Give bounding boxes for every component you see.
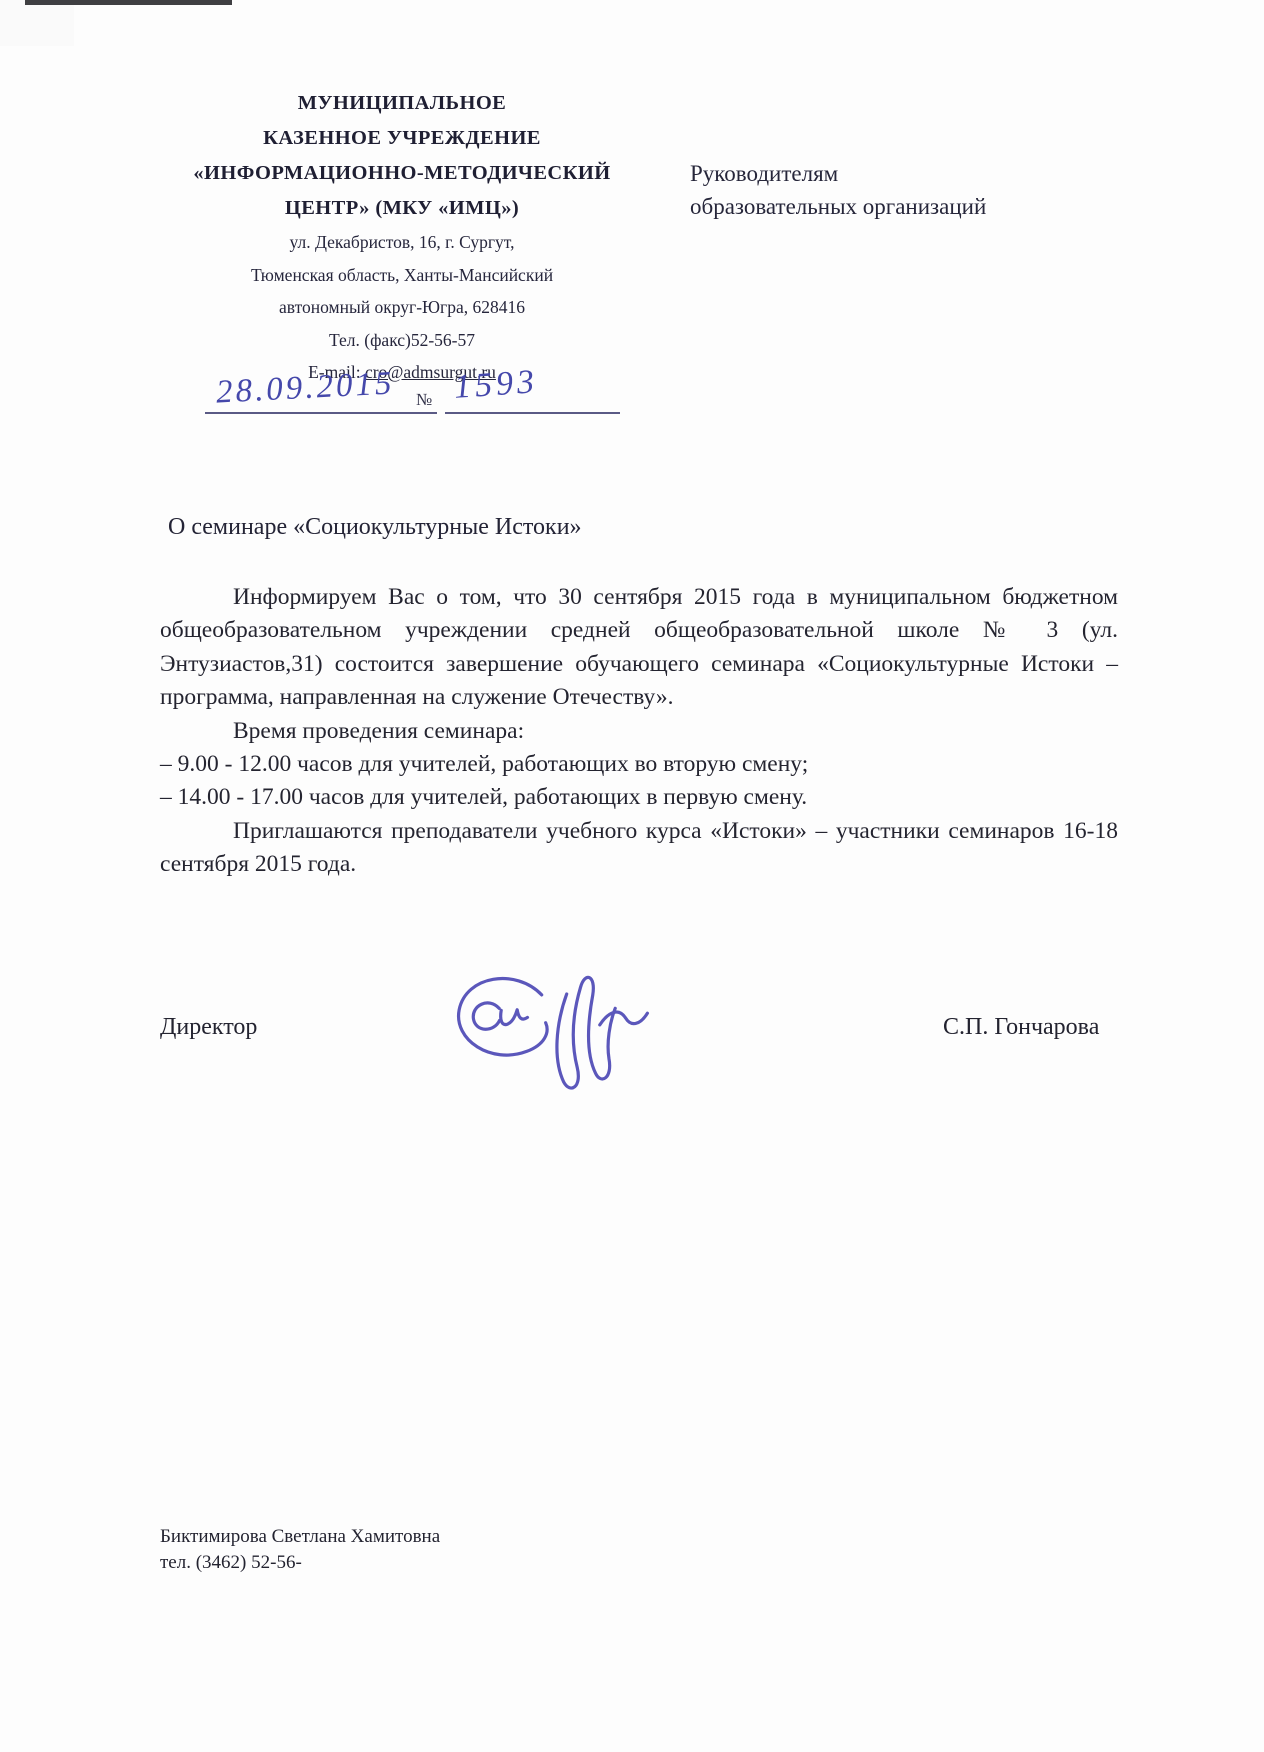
- executor-phone: тел. (3462) 52-56-: [160, 1550, 440, 1576]
- body-paragraph: Время проведения семинара:: [160, 715, 1118, 748]
- signer-name: С.П. Гончарова: [943, 1014, 1099, 1041]
- schedule-item: – 9.00 - 12.00 часов для учителей, работ…: [160, 748, 1118, 781]
- scan-corner-artifact: [0, 0, 74, 46]
- executor-name: Биктимирова Светлана Хамитовна: [160, 1524, 440, 1550]
- number-underline: [445, 412, 620, 414]
- executor-contact: Биктимирова Светлана Хамитовна тел. (346…: [160, 1524, 440, 1576]
- recipient-line: образовательных организаций: [690, 190, 1090, 223]
- scanned-letter-page: МУНИЦИПАЛЬНОЕ КАЗЕННОЕ УЧРЕЖДЕНИЕ «ИНФОР…: [0, 0, 1264, 1752]
- letterhead-org-block: МУНИЦИПАЛЬНОЕ КАЗЕННОЕ УЧРЕЖДЕНИЕ «ИНФОР…: [168, 86, 636, 389]
- letter-body: Информируем Вас о том, что 30 сентября 2…: [160, 581, 1118, 882]
- org-name-line: КАЗЕННОЕ УЧРЕЖДЕНИЕ: [168, 121, 636, 156]
- scan-strip-artifact: [25, 0, 232, 5]
- signer-title: Директор: [160, 1014, 257, 1041]
- registration-line: 28.09.2015 № 1593: [200, 368, 640, 420]
- handwritten-number: 1593: [453, 363, 539, 407]
- recipient-line: Руководителям: [690, 157, 1090, 190]
- subject-line: О семинаре «Социокультурные Истоки»: [168, 514, 582, 541]
- body-paragraph: Приглашаются преподаватели учебного курс…: [160, 815, 1118, 882]
- org-name-line: МУНИЦИПАЛЬНОЕ: [168, 86, 636, 121]
- org-phone-line: Тел. (факс)52-56-57: [168, 324, 636, 357]
- org-name-line: ЦЕНТР» (МКУ «ИМЦ»): [168, 191, 636, 226]
- number-sign: №: [416, 390, 432, 410]
- handwritten-date: 28.09.2015: [215, 365, 395, 411]
- org-address-line: автономный округ-Югра, 628416: [168, 291, 636, 324]
- schedule-item: – 14.00 - 17.00 часов для учителей, рабо…: [160, 781, 1118, 814]
- date-underline: [205, 412, 437, 414]
- body-paragraph: Информируем Вас о том, что 30 сентября 2…: [160, 581, 1118, 715]
- handwritten-signature: [446, 958, 661, 1105]
- org-address-line: ул. Декабристов, 16, г. Сургут,: [168, 226, 636, 259]
- org-address-line: Тюменская область, Ханты-Мансийский: [168, 259, 636, 292]
- org-name-line: «ИНФОРМАЦИОННО-МЕТОДИЧЕСКИЙ: [168, 156, 636, 191]
- recipient-block: Руководителям образовательных организаци…: [690, 157, 1090, 223]
